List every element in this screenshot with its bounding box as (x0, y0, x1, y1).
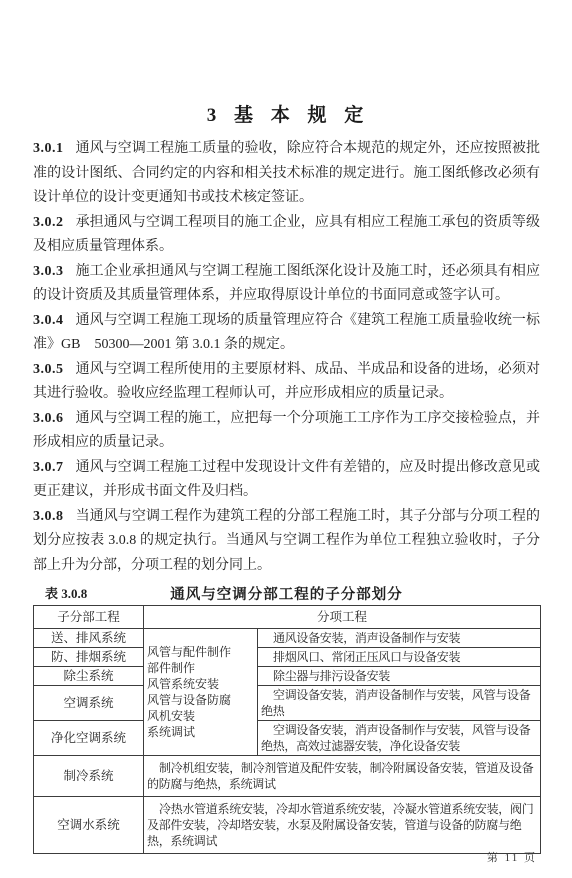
clause-3-0-1: 3.0.1通风与空调工程施工质量的验收，除应符合本规范的规定外，还应按照被批准的… (33, 137, 540, 211)
clause-text: 当通风与空调工程作为建筑工程的分部工程施工时，其子分部与分项工程的划分应按表 3… (33, 509, 540, 573)
system-cell: 净化空调系统 (34, 721, 144, 756)
clause-text: 通风与空调工程的施工，应把每一个分项施工工序作为工序交接检验点，并形成相应的质量… (33, 411, 540, 451)
items-cell: 空调设备安装，消声设备制作与安装，风管与设备绝热，高效过滤器安装，净化设备安装 (258, 721, 541, 756)
system-cell: 制冷系统 (34, 756, 144, 797)
clause-list: 3.0.1通风与空调工程施工质量的验收，除应符合本规范的规定外，还应按照被批准的… (33, 137, 540, 578)
table-row: 空调系统 空调设备安装，消声设备制作与安装，风管与设备绝热 (34, 686, 541, 721)
system-cell: 除尘系统 (34, 667, 144, 686)
items-cell: 空调设备安装，消声设备制作与安装，风管与设备绝热 (258, 686, 541, 721)
table-row: 净化空调系统 空调设备安装，消声设备制作与安装，风管与设备绝热，高效过滤器安装，… (34, 721, 541, 756)
table-header-row: 子分部工程 分项工程 (34, 606, 541, 629)
clause-number: 3.0.7 (33, 460, 64, 475)
document-page: 3 基 本 规 定 3.0.1通风与空调工程施工质量的验收，除应符合本规范的规定… (0, 0, 572, 878)
system-cell: 防、排烟系统 (34, 648, 144, 667)
table-row: 防、排烟系统 排烟风口、常闭正压风口与设备安装 (34, 648, 541, 667)
section-title: 3 基 本 规 定 (0, 0, 572, 127)
clause-text: 通风与空调工程施工质量的验收，除应符合本规范的规定外，还应按照被批准的设计图纸、… (33, 141, 540, 205)
clause-text: 通风与空调工程施工现场的质量管理应符合《建筑工程施工质量验收统一标准》GB 50… (33, 313, 540, 353)
table-row: 空调水系统 冷热水管道系统安装，冷却水管道系统安装，冷凝水管道系统安装，阀门及部… (34, 797, 541, 854)
clause-3-0-4: 3.0.4通风与空调工程施工现场的质量管理应符合《建筑工程施工质量验收统一标准》… (33, 309, 540, 358)
clause-number: 3.0.6 (33, 411, 64, 426)
clause-number: 3.0.2 (33, 215, 64, 230)
table-caption: 表 3.0.8 通风与空调分部工程的子分部划分 (33, 583, 540, 602)
items-cell: 排烟风口、常闭正压风口与设备安装 (258, 648, 541, 667)
clause-text: 通风与空调工程施工过程中发现设计文件有差错的，应及时提出修改意见或更正建议，并形… (33, 460, 540, 500)
clause-text: 承担通风与空调工程项目的施工企业，应具有相应工程施工承包的资质等级及相应质量管理… (33, 215, 540, 255)
clause-number: 3.0.8 (33, 509, 64, 524)
clause-3-0-8: 3.0.8当通风与空调工程作为建筑工程的分部工程施工时，其子分部与分项工程的划分… (33, 505, 540, 579)
table-row: 送、排风系统 风管与配件制作 部件制作 风管系统安装 风管与设备防腐 风机安装 … (34, 629, 541, 648)
table-title: 通风与空调分部工程的子分部划分 (33, 583, 540, 604)
table-row: 除尘系统 除尘器与排污设备安装 (34, 667, 541, 686)
clause-number: 3.0.1 (33, 141, 64, 156)
clause-number: 3.0.3 (33, 264, 64, 279)
clause-number: 3.0.4 (33, 313, 64, 328)
clause-text: 施工企业承担通风与空调工程施工图纸深化设计及施工时，还必须具有相应的设计资质及其… (33, 264, 540, 304)
clause-3-0-2: 3.0.2承担通风与空调工程项目的施工企业，应具有相应工程施工承包的资质等级及相… (33, 211, 540, 260)
table-3-0-8: 子分部工程 分项工程 送、排风系统 风管与配件制作 部件制作 风管系统安装 风管… (33, 605, 541, 854)
table-row: 制冷系统 制冷机组安装，制冷剂管道及配件安装，制冷附属设备安装，管道及设备的防腐… (34, 756, 541, 797)
shared-items-cell: 风管与配件制作 部件制作 风管系统安装 风管与设备防腐 风机安装 系统调试 (144, 629, 258, 756)
items-cell: 冷热水管道系统安装，冷却水管道系统安装，冷凝水管道系统安装，阀门及部件安装，冷却… (144, 797, 541, 854)
items-cell: 通风设备安装，消声设备制作与安装 (258, 629, 541, 648)
system-cell: 空调系统 (34, 686, 144, 721)
header-sub-division: 子分部工程 (34, 606, 144, 629)
system-cell: 送、排风系统 (34, 629, 144, 648)
system-cell: 空调水系统 (34, 797, 144, 854)
clause-3-0-5: 3.0.5通风与空调工程所使用的主要原材料、成品、半成品和设备的进场，必须对其进… (33, 358, 540, 407)
clause-number: 3.0.5 (33, 362, 64, 377)
clause-3-0-6: 3.0.6通风与空调工程的施工，应把每一个分项施工工序作为工序交接检验点，并形成… (33, 407, 540, 456)
items-cell: 制冷机组安装，制冷剂管道及配件安装，制冷附属设备安装，管道及设备的防腐与绝热，系… (144, 756, 541, 797)
clause-3-0-3: 3.0.3施工企业承担通风与空调工程施工图纸深化设计及施工时，还必须具有相应的设… (33, 260, 540, 309)
header-item-works: 分项工程 (144, 606, 541, 629)
table-label: 表 3.0.8 (45, 583, 87, 602)
clause-text: 通风与空调工程所使用的主要原材料、成品、半成品和设备的进场，必须对其进行验收。验… (33, 362, 540, 402)
clause-3-0-7: 3.0.7通风与空调工程施工过程中发现设计文件有差错的，应及时提出修改意见或更正… (33, 456, 540, 505)
page-number: 第 11 页 (487, 849, 537, 865)
items-cell: 除尘器与排污设备安装 (258, 667, 541, 686)
